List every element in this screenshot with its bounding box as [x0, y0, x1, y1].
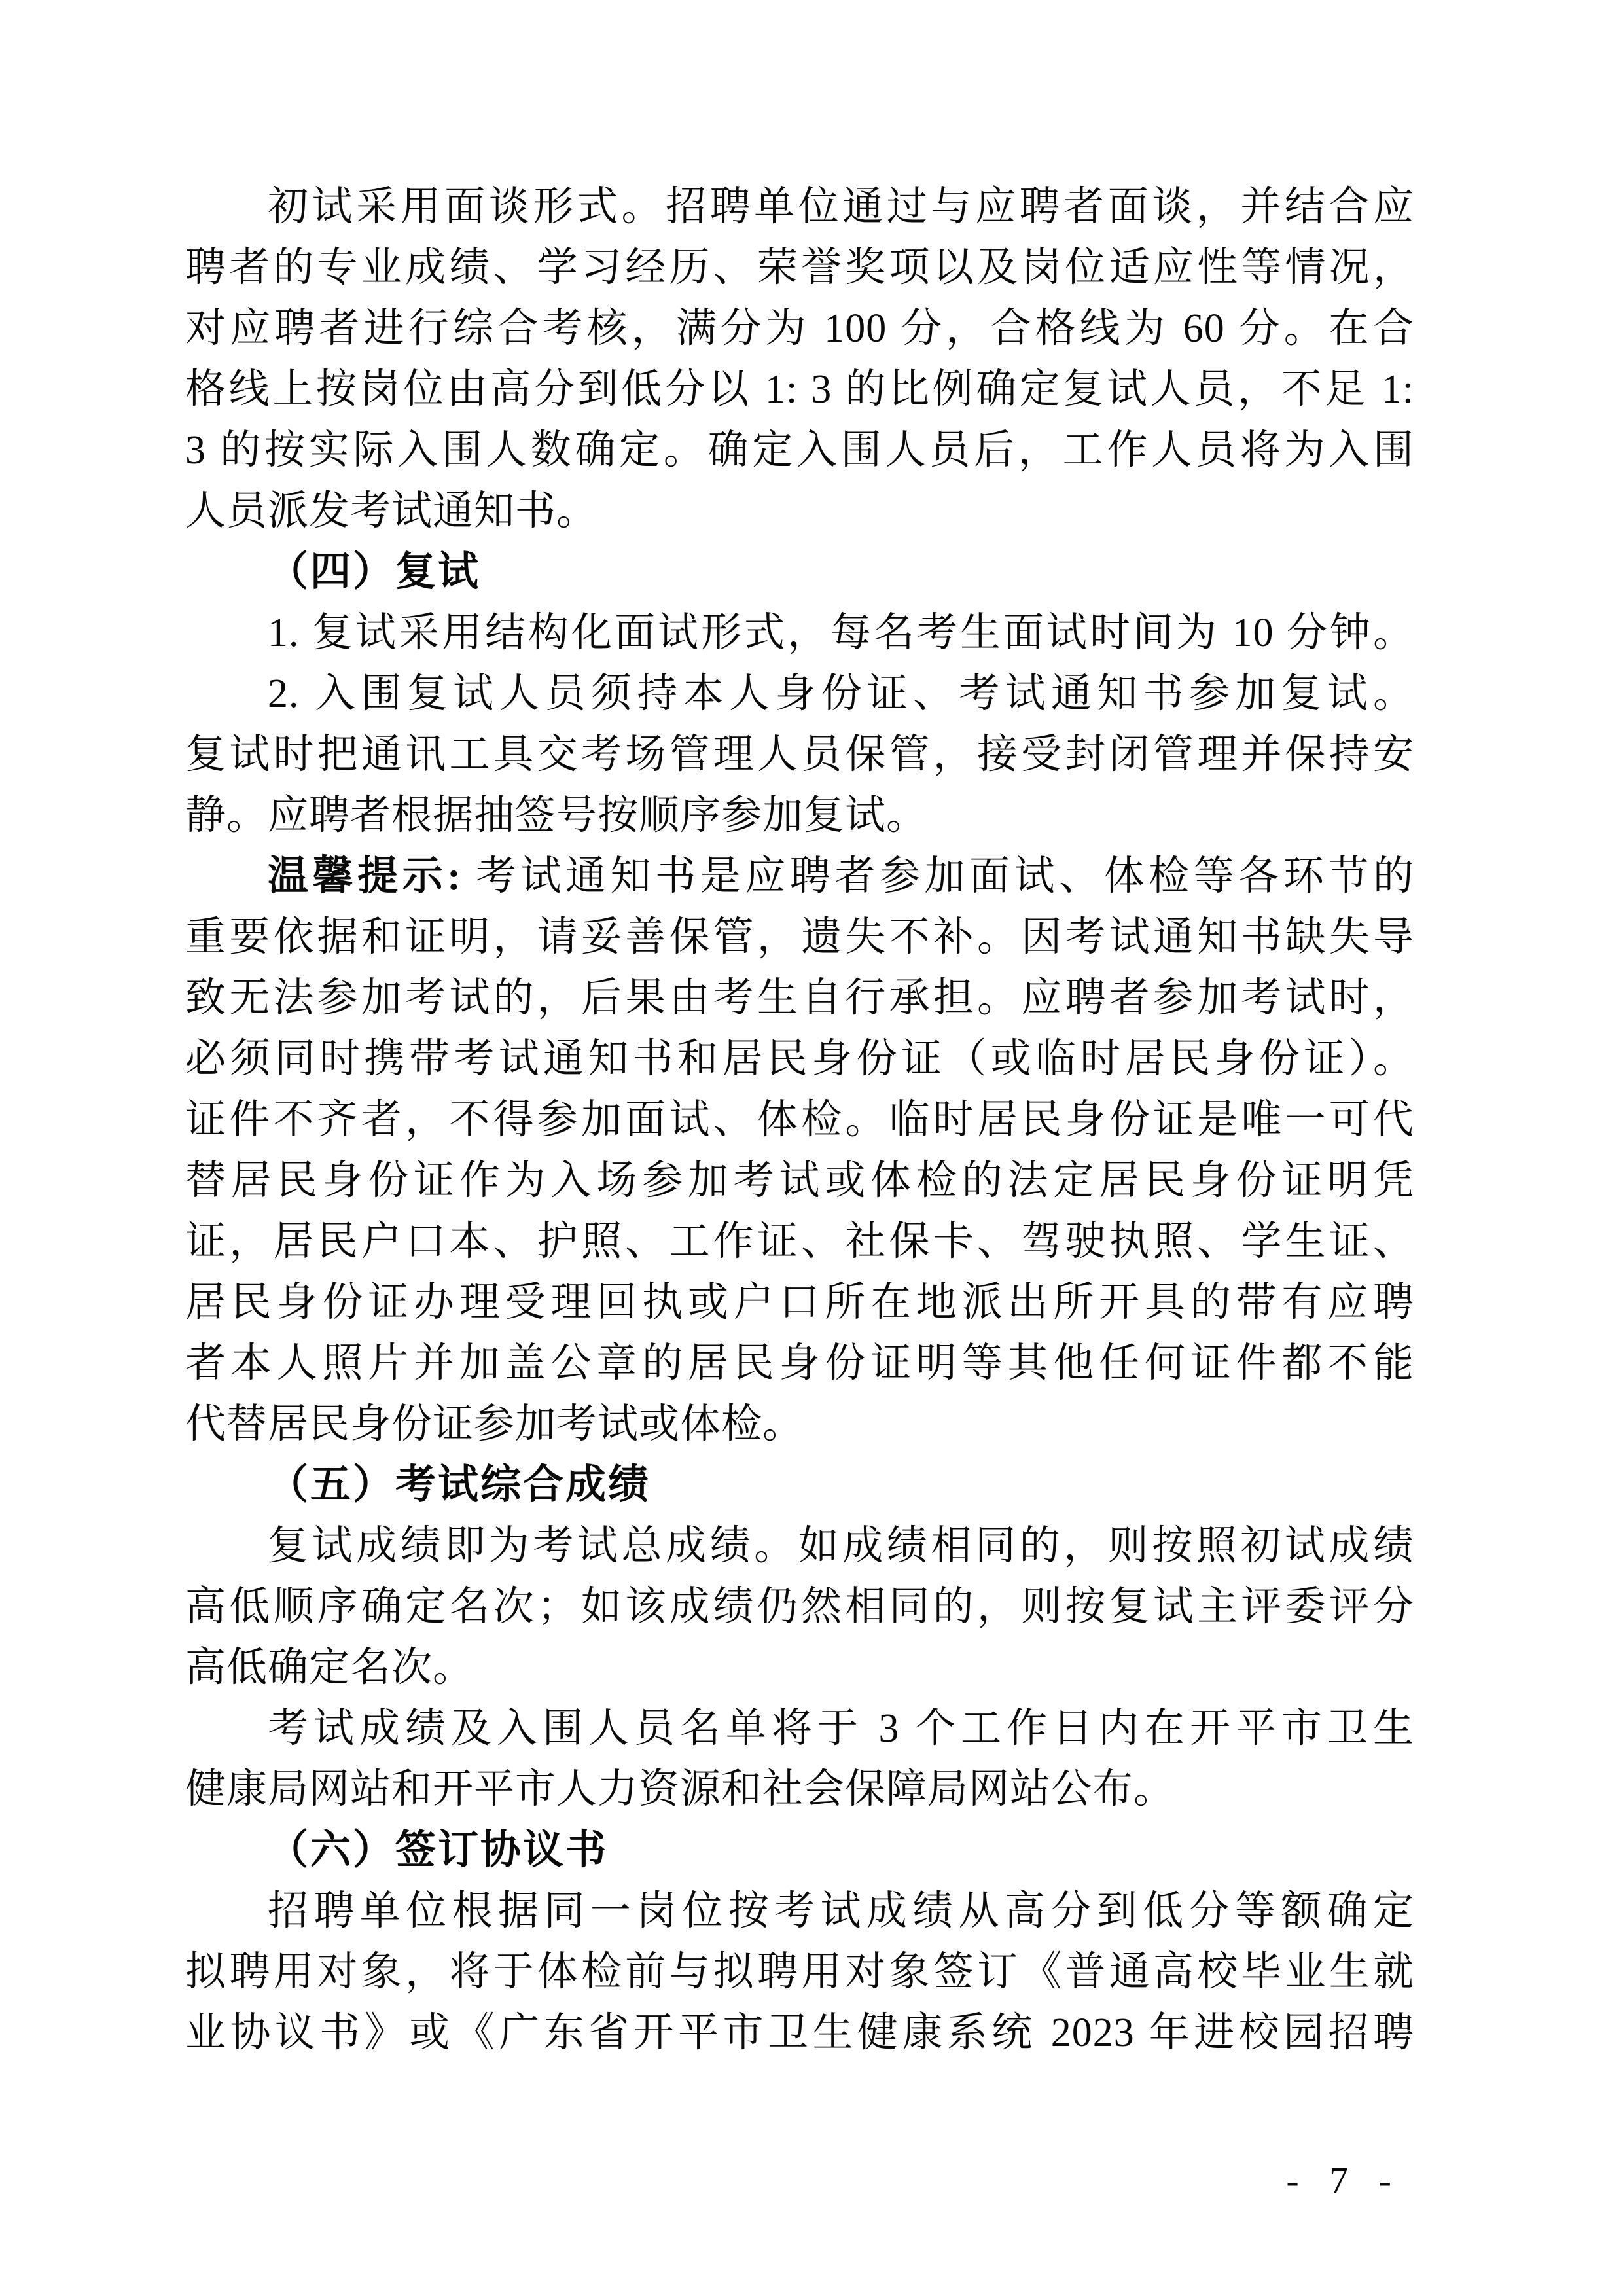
text-line: 必须同时携带考试通知书和居民身份证（或临时居民身份证）。 — [185, 1029, 1414, 1090]
text-line: 重要依据和证明，请妥善保管，遗失不补。因考试通知书缺失导 — [185, 907, 1414, 968]
text-line: 2. 入围复试人员须持本人身份证、考试通知书参加复试。 — [185, 664, 1414, 725]
text-line: 拟聘用对象，将于体检前与拟聘用对象签订《普通高校毕业生就 — [185, 1942, 1414, 2003]
text-line: 复试成绩即为考试总成绩。如成绩相同的，则按照初试成绩 — [185, 1516, 1414, 1577]
text-line: 温馨提示: 考试通知书是应聘者参加面试、体检等各环节的 — [185, 846, 1414, 907]
text-line: 高低确定名次。 — [185, 1638, 1414, 1698]
text-line: 1. 复试采用结构化面试形式，每名考生面试时间为 10 分钟。 — [185, 603, 1414, 664]
text-line: 者本人照片并加盖公章的居民身份证明等其他任何证件都不能 — [185, 1333, 1414, 1394]
text-line: 代替居民身份证参加考试或体检。 — [185, 1394, 1414, 1455]
note-text: 考试通知书是应聘者参加面试、体检等各环节的 — [461, 854, 1414, 899]
text-line: 聘者的专业成绩、学习经历、荣誉奖项以及岗位适应性等情况， — [185, 238, 1414, 298]
text-line: 业协议书》或《广东省开平市卫生健康系统 2023 年进校园招聘 — [185, 2003, 1414, 2064]
text-line: 静。应聘者根据抽签号按顺序参加复试。 — [185, 785, 1414, 846]
text-line: 替居民身份证作为入场参加考试或体检的法定居民身份证明凭 — [185, 1151, 1414, 1211]
section-heading: （五）考试综合成绩 — [185, 1455, 1414, 1516]
text-block: 初试采用面谈形式。招聘单位通过与应聘者面谈，并结合应聘者的专业成绩、学习经历、荣… — [185, 177, 1414, 2064]
text-line: 对应聘者进行综合考核，满分为 100 分，合格线为 60 分。在合 — [185, 298, 1414, 359]
text-line: 人员派发考试通知书。 — [185, 481, 1414, 542]
text-line: 初试采用面谈形式。招聘单位通过与应聘者面谈，并结合应 — [185, 177, 1414, 238]
text-line: 考试成绩及入围人员名单将于 3 个工作日内在开平市卫生 — [185, 1698, 1414, 1759]
text-line: 招聘单位根据同一岗位按考试成绩从高分到低分等额确定 — [185, 1881, 1414, 1942]
text-line: 格线上按岗位由高分到低分以 1: 3 的比例确定复试人员，不足 1: — [185, 359, 1414, 420]
text-line: 复试时把通讯工具交考场管理人员保管，接受封闭管理并保持安 — [185, 725, 1414, 785]
document-page: 初试采用面谈形式。招聘单位通过与应聘者面谈，并结合应聘者的专业成绩、学习经历、荣… — [0, 0, 1623, 2296]
text-line: 证，居民户口本、护照、工作证、社保卡、驾驶执照、学生证、 — [185, 1211, 1414, 1272]
section-heading: （六）签订协议书 — [185, 1820, 1414, 1881]
page-number: - 7 - — [1286, 2159, 1402, 2202]
text-line: 高低顺序确定名次；如该成绩仍然相同的，则按复试主评委评分 — [185, 1577, 1414, 1638]
section-heading: （四）复试 — [185, 542, 1414, 603]
text-line: 致无法参加考试的，后果由考生自行承担。应聘者参加考试时， — [185, 968, 1414, 1029]
text-line: 居民身份证办理受理回执或户口所在地派出所开具的带有应聘 — [185, 1272, 1414, 1333]
note-label: 温馨提示: — [268, 854, 461, 899]
text-line: 健康局网站和开平市人力资源和社会保障局网站公布。 — [185, 1759, 1414, 1820]
text-line: 3 的按实际入围人数确定。确定入围人员后，工作人员将为入围 — [185, 420, 1414, 481]
text-line: 证件不齐者，不得参加面试、体检。临时居民身份证是唯一可代 — [185, 1090, 1414, 1151]
